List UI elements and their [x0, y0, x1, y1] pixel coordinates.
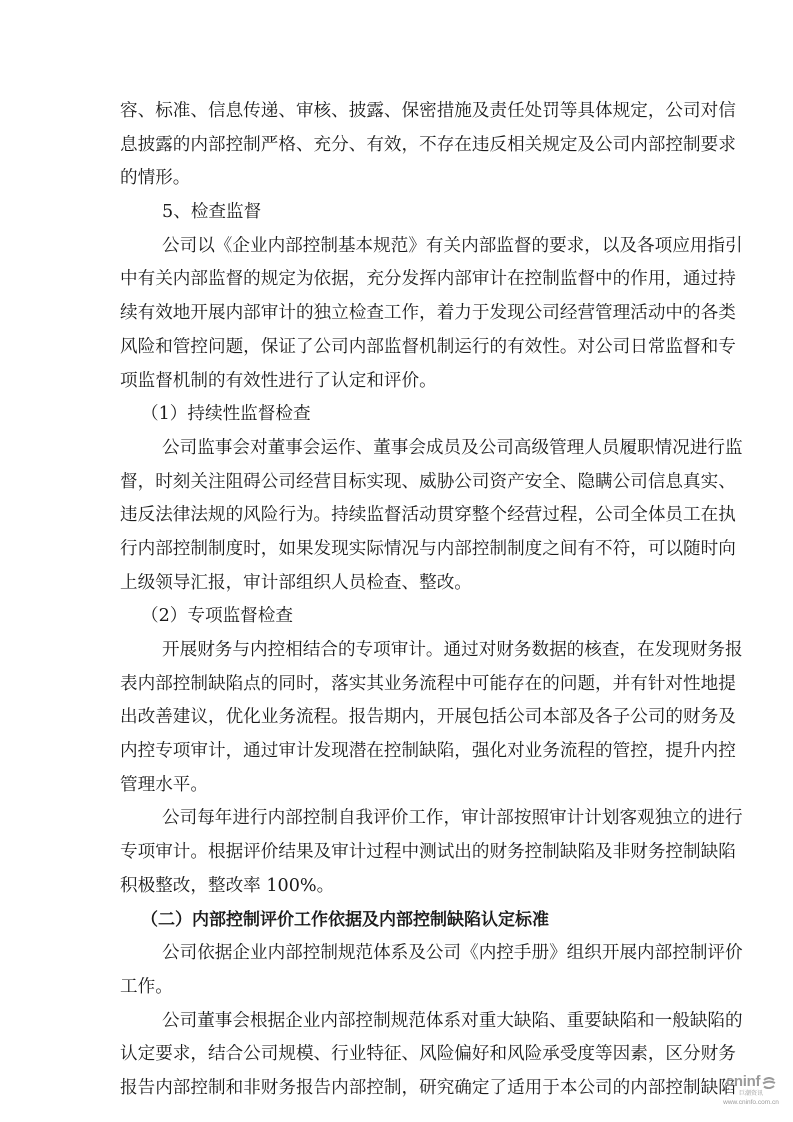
section-heading-evaluation-basis: （二）内部控制评价工作依据及内部控制缺陷认定标准	[120, 904, 694, 938]
text-line: 风险和管控问题，保证了公司内部监督机制运行的有效性。对公司日常监督和专	[120, 331, 694, 365]
text-line: 表内部控制缺陷点的同时，落实其业务流程中可能存在的问题，并有针对性地提	[120, 668, 694, 702]
watermark-chinese-name: 巨潮资讯	[712, 1090, 790, 1098]
text-line: 中有关内部监督的规定为依据，充分发挥内部审计在控制监督中的作用，通过持	[120, 263, 694, 297]
watermark-url: www.cninfo.com.cn	[712, 1098, 790, 1107]
text-line: 公司依据企业内部控制规范体系及公司《内控手册》组织开展内部控制评价	[120, 937, 694, 971]
watermark-logo-text: cninf	[726, 1073, 760, 1090]
cninf-swirl-icon	[762, 1076, 776, 1088]
cninfo-watermark: cninf 巨潮资讯 www.cninfo.com.cn	[712, 1073, 790, 1107]
text-line: 项监督机制的有效性进行了认定和评价。	[120, 365, 694, 399]
watermark-logo: cninf	[712, 1073, 790, 1090]
subheading-continuous-supervision: （1）持续性监督检查	[120, 398, 694, 432]
text-line: 容、标准、信息传递、审核、披露、保密措施及责任处罚等具体规定，公司对信	[120, 95, 694, 129]
text-line: 内控专项审计，通过审计发现潜在控制缺陷，强化对业务流程的管控，提升内控	[120, 735, 694, 769]
text-line: 公司以《企业内部控制基本规范》有关内部监督的要求，以及各项应用指引	[120, 230, 694, 264]
text-line: 开展财务与内控相结合的专项审计。通过对财务数据的核查，在发现财务报	[120, 634, 694, 668]
text-line: 专项审计。根据评价结果及审计过程中测试出的财务控制缺陷及非财务控制缺陷	[120, 836, 694, 870]
text-line: 报告内部控制和非财务报告内部控制，研究确定了适用于本公司的内部控制缺陷	[120, 1072, 694, 1106]
text-line: 认定要求，结合公司规模、行业特征、风险偏好和风险承受度等因素，区分财务	[120, 1038, 694, 1072]
text-line: 工作。	[120, 971, 694, 1005]
text-line: 出改善建议，优化业务流程。报告期内，开展包括公司本部及各子公司的财务及	[120, 701, 694, 735]
text-line: 管理水平。	[120, 769, 694, 803]
text-line: 上级领导汇报，审计部组织人员检查、整改。	[120, 567, 694, 601]
text-line: 续有效地开展内部审计的独立检查工作，着力于发现公司经营管理活动中的各类	[120, 297, 694, 331]
text-line: 督，时刻关注阻碍公司经营目标实现、威胁公司资产安全、隐瞒公司信息真实、	[120, 466, 694, 500]
text-line: 违反法律法规的风险行为。持续监督活动贯穿整个经营过程，公司全体员工在执	[120, 499, 694, 533]
text-line: 行内部控制制度时，如果发现实际情况与内部控制制度之间有不符，可以随时向	[120, 533, 694, 567]
text-line: 积极整改，整改率 100%。	[120, 870, 694, 904]
text-line: 公司董事会根据企业内部控制规范体系对重大缺陷、重要缺陷和一般缺陷的	[120, 1005, 694, 1039]
document-body: 容、标准、信息传递、审核、披露、保密措施及责任处罚等具体规定，公司对信 息披露的…	[120, 95, 694, 1106]
document-page: 容、标准、信息传递、审核、披露、保密措施及责任处罚等具体规定，公司对信 息披露的…	[0, 0, 793, 1122]
text-line: 公司监事会对董事会运作、董事会成员及公司高级管理人员履职情况进行监	[120, 432, 694, 466]
text-line: 公司每年进行内部控制自我评价工作，审计部按照审计计划客观独立的进行	[120, 802, 694, 836]
subheading-inspection-supervision: 5、检查监督	[120, 196, 694, 230]
text-line: 息披露的内部控制严格、充分、有效，不存在违反相关规定及公司内部控制要求	[120, 129, 694, 163]
text-line: 的情形。	[120, 162, 694, 196]
subheading-special-supervision: （2）专项监督检查	[120, 600, 694, 634]
